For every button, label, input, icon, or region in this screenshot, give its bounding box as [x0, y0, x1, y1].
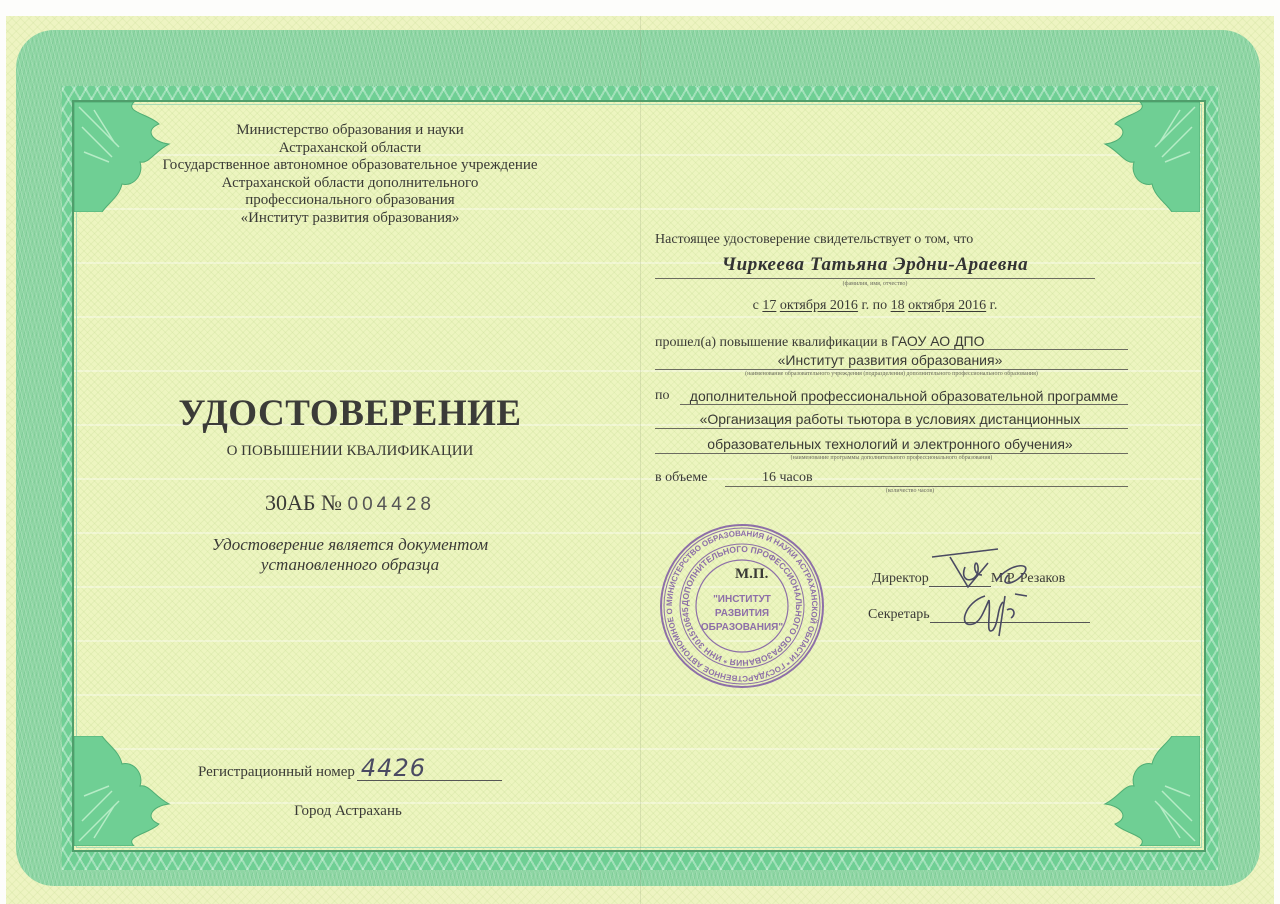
leaf-ornament-icon [1090, 102, 1200, 212]
note-line: установленного образца [160, 555, 540, 575]
page-fold [640, 16, 641, 904]
intro-text: Настоящее удостоверение свидетельствует … [655, 232, 973, 248]
issuer-line: Астраханской области дополнительного [140, 175, 560, 193]
issuer-line: профессионального образования [140, 192, 560, 210]
registration-row: Регистрационный номер 4426 [198, 758, 502, 781]
leaf-ornament-icon [1090, 736, 1200, 846]
svg-text:"ИНСТИТУТ: "ИНСТИТУТ [713, 594, 771, 605]
serial-number: 30АБ № 004428 [160, 490, 540, 516]
svg-text:РАЗВИТИЯ: РАЗВИТИЯ [715, 608, 769, 619]
serial-digits: 004428 [348, 494, 435, 515]
program-type: дополнительной профессиональной образова… [680, 388, 1128, 404]
issuer-line: Государственное автономное образовательн… [140, 157, 560, 175]
date-from-day: 17 [762, 298, 776, 313]
year-suffix: г. [861, 298, 869, 313]
program-underline [655, 428, 1128, 429]
registration-label: Регистрационный номер [198, 764, 355, 781]
serial-series: 30АБ № [265, 490, 342, 515]
official-note: Удостоверение является документом устано… [160, 535, 540, 575]
note-line: Удостоверение является документом [160, 535, 540, 555]
director-label: Директор [872, 571, 929, 587]
institution-abbr: ГАОУ АО ДПО [891, 333, 984, 349]
svg-text:ОБРАЗОВАНИЯ": ОБРАЗОВАНИЯ" [701, 622, 783, 633]
leaf-ornament-icon [74, 736, 184, 846]
volume-underline [725, 486, 1128, 487]
training-dates: с 17 октября 2016 г. по 18 октября 2016 … [655, 298, 1095, 314]
date-to-day: 18 [891, 298, 905, 313]
program-prefix: по [655, 388, 670, 404]
date-from-prefix: с [753, 298, 759, 313]
program-name-line: «Организация работы тьютора в условиях д… [655, 411, 1125, 427]
institution-underline [655, 369, 1128, 370]
official-stamp: МИНИСТЕРСТВО ОБРАЗОВАНИЯ И НАУКИ АСТРАХА… [658, 522, 826, 690]
document-subtitle: О ПОВЫШЕНИИ КВАЛИФИКАЦИИ [160, 443, 540, 460]
registration-field: 4426 [357, 758, 502, 781]
city: Город Астрахань [198, 803, 498, 820]
volume-caption: (количество часов) [850, 488, 970, 494]
holder-name: Чиркеева Татьяна Эрдни-Араевна [655, 254, 1095, 276]
date-to-month-year: октября 2016 [908, 298, 986, 313]
secretary-signature-icon [955, 588, 1030, 638]
program-name-line: образовательных технологий и электронног… [655, 436, 1125, 452]
institution-name: «Институт развития образования» [655, 352, 1125, 368]
volume-label: в объеме [655, 470, 707, 486]
program-type-underline [680, 404, 1128, 405]
completed-label: прошел(а) повышение квалификации в [655, 335, 888, 350]
issuer-line: «Институт развития образования» [140, 210, 560, 228]
volume-value: 16 часов [762, 470, 813, 486]
issuer-block: Министерство образования и науки Астраха… [140, 122, 560, 227]
registration-number: 4426 [361, 754, 426, 782]
year-suffix: г. [990, 298, 998, 313]
institution-caption: (наименование образовательного учреждени… [655, 371, 1128, 377]
name-caption: (фамилия, имя, отчество) [655, 281, 1095, 287]
secretary-label: Секретарь [868, 607, 930, 623]
institution-line [910, 349, 1128, 350]
issuer-line: Астраханской области [140, 140, 560, 158]
document-title: УДОСТОВЕРЕНИЕ [160, 392, 540, 435]
program-caption: (наименование программы дополнительного … [655, 455, 1128, 461]
issuer-line: Министерство образования и науки [140, 122, 560, 140]
date-from-month-year: октября 2016 [780, 298, 858, 313]
stamp-place-label: М.П. [735, 566, 768, 583]
name-underline [655, 278, 1095, 279]
program-underline [655, 453, 1128, 454]
date-to-prefix: по [873, 298, 888, 313]
